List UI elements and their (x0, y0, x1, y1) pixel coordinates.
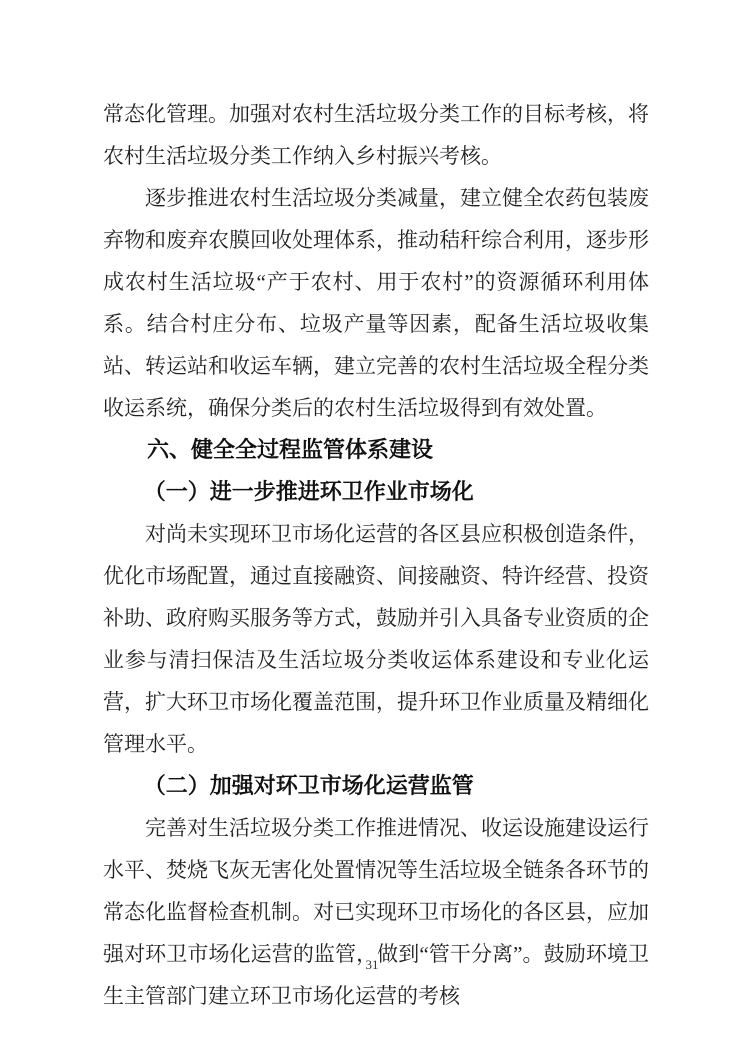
paragraph-rural-waste-reduction: 逐步推进农村生活垃圾分类减量，建立健全农药包装废弃物和废弃农膜回收处理体系，推动… (103, 177, 649, 429)
paragraph-sanitation-marketization: 对尚未实现环卫市场化运营的各区县应积极创造条件，优化市场配置，通过直接融资、间接… (103, 513, 649, 765)
document-body: 常态化管理。加强对农村生活垃圾分类工作的目标考核，将农村生活垃圾分类工作纳入乡村… (103, 93, 649, 1017)
paragraph-marketization-supervision: 完善对生活垃圾分类工作推进情况、收运设施建设运行水平、焚烧飞灰无害化处置情况等生… (103, 807, 649, 1017)
section-heading-6: 六、健全全过程监管体系建设 (103, 429, 649, 471)
subsection-heading-2: （二）加强对环卫市场化运营监管 (103, 765, 649, 807)
subsection-heading-1: （一）进一步推进环卫作业市场化 (103, 471, 649, 513)
document-page: 常态化管理。加强对农村生活垃圾分类工作的目标考核，将农村生活垃圾分类工作纳入乡村… (0, 0, 744, 1052)
page-number: 31 (0, 957, 744, 973)
paragraph-continued-from-previous-page: 常态化管理。加强对农村生活垃圾分类工作的目标考核，将农村生活垃圾分类工作纳入乡村… (103, 93, 649, 177)
